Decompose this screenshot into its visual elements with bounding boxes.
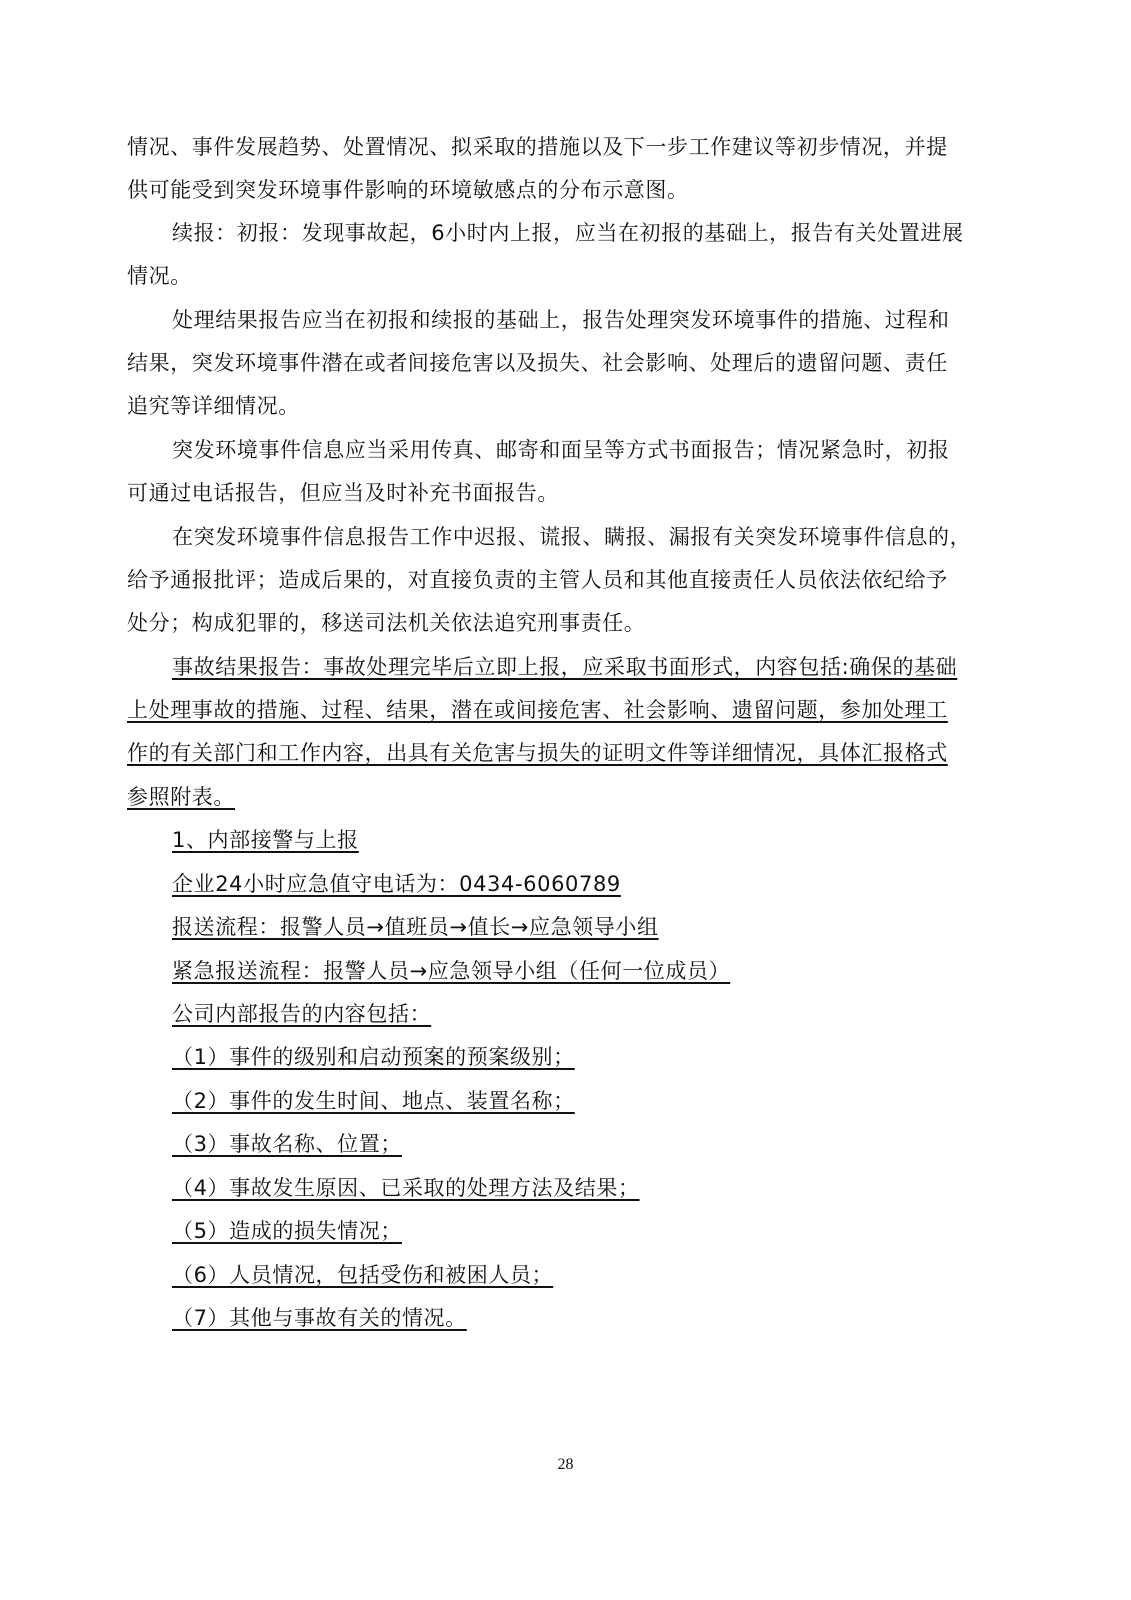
paragraph-line: 突发环境事件信息应当采用传真、邮寄和面呈等方式书面报告；情况紧急时，初报 xyxy=(172,436,950,464)
page-number: 28 xyxy=(0,1456,1131,1474)
paragraph-line: 处分；构成犯罪的，移送司法机关依法追究刑事责任。 xyxy=(127,609,645,637)
paragraph-line: 情况。 xyxy=(127,262,192,290)
list-intro: 公司内部报告的内容包括： xyxy=(172,1000,431,1028)
section-heading: 1、内部接警与上报 xyxy=(172,826,359,854)
paragraph-line: 情况、事件发展趋势、处置情况、拟采取的措施以及下一步工作建议等初步情况，并提 xyxy=(127,133,948,161)
list-item: （1）事件的级别和启动预案的预案级别； xyxy=(172,1043,575,1071)
paragraph-line: 在突发环境事件信息报告工作中迟报、谎报、瞒报、漏报有关突发环境事件信息的， xyxy=(172,523,971,551)
list-item: （3）事故名称、位置； xyxy=(172,1130,402,1158)
paragraph-line: 处理结果报告应当在初报和续报的基础上，报告处理突发环境事件的措施、过程和 xyxy=(172,306,950,334)
emergency-flow-line: 紧急报送流程：报警人员→应急领导小组（任何一位成员） xyxy=(172,957,730,985)
underlined-line: 上处理事故的措施、过程、结果，潜在或间接危害、社会影响、遗留问题，参加处理工 xyxy=(127,696,948,724)
paragraph-line: 结果，突发环境事件潜在或者间接危害以及损失、社会影响、处理后的遗留问题、责任 xyxy=(127,349,948,377)
list-item: （2）事件的发生时间、地点、装置名称； xyxy=(172,1087,575,1115)
paragraph-line: 给予通报批评；造成后果的，对直接负责的主管人员和其他直接责任人员依法依纪给予 xyxy=(127,566,948,594)
list-item: （4）事故发生原因、已采取的处理方法及结果； xyxy=(172,1174,640,1202)
paragraph-line: 可通过电话报告，但应当及时补充书面报告。 xyxy=(127,479,559,507)
hotline-line: 企业24小时应急值守电话为：0434-6060789 xyxy=(172,870,621,898)
report-flow-line: 报送流程：报警人员→值班员→值长→应急领导小组 xyxy=(172,913,659,941)
underlined-line: 作的有关部门和工作内容，出具有关危害与损失的证明文件等详细情况，具体汇报格式 xyxy=(127,739,948,767)
list-item: （5）造成的损失情况； xyxy=(172,1217,402,1245)
paragraph-line: 供可能受到突发环境事件影响的环境敏感点的分布示意图。 xyxy=(127,176,689,204)
document-page: 情况、事件发展趋势、处置情况、拟采取的措施以及下一步工作建议等初步情况，并提 供… xyxy=(0,0,1131,1600)
list-item: （7）其他与事故有关的情况。 xyxy=(172,1304,467,1332)
underlined-line: 事故结果报告：事故处理完毕后立即上报，应采取书面形式，内容包括:确保的基础 xyxy=(172,653,957,681)
underlined-line: 参照附表。 xyxy=(127,783,235,811)
paragraph-line: 追究等详细情况。 xyxy=(127,392,300,420)
paragraph-line: 续报：初报：发现事故起，6小时内上报，应当在初报的基础上，报告有关处置进展 xyxy=(172,219,964,247)
list-item: （6）人员情况，包括受伤和被困人员； xyxy=(172,1261,553,1289)
